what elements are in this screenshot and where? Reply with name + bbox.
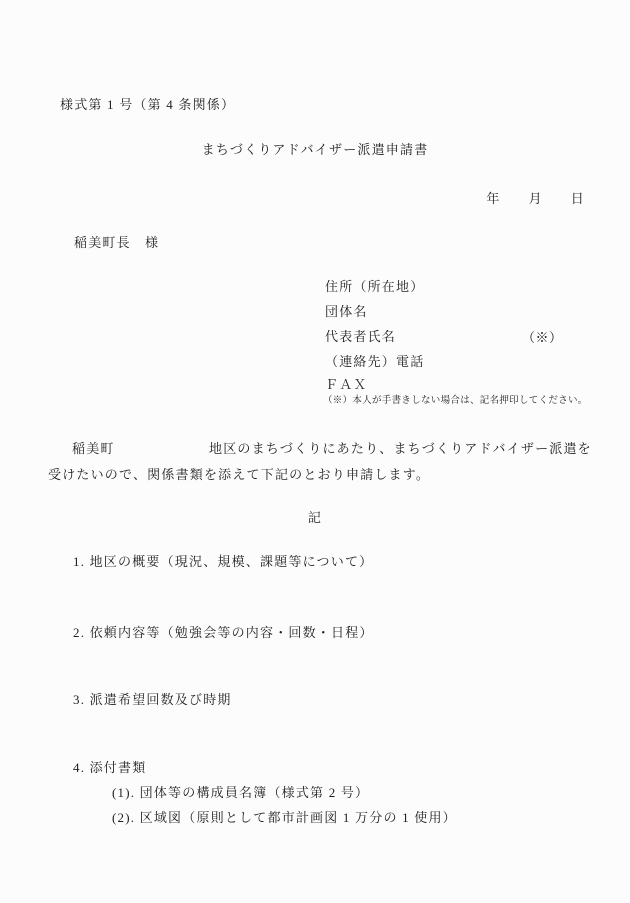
applicant-fax-label: ＦＡＸ: [325, 378, 368, 393]
applicant-phone-label: （連絡先）電話: [325, 355, 424, 370]
application-form-page: 様式第 1 号（第 4 条関係） まちづくりアドバイザー派遣申請書 年 月 日 …: [0, 0, 630, 903]
item-attachments: 4. 添付書類: [73, 761, 146, 776]
addressee: 稲美町長 様: [74, 236, 159, 251]
item-dispatch-count: 3. 派遣希望回数及び時期: [73, 693, 232, 708]
attachment-member-list: (1). 団体等の構成員名簿（様式第 2 号）: [112, 786, 369, 801]
body-town-prefix: 稲美町: [72, 442, 115, 457]
form-number: 様式第 1 号（第 4 条関係）: [60, 98, 235, 113]
item-request-details: 2. 依頼内容等（勉強会等の内容・回数・日程）: [73, 626, 374, 641]
document-title: まちづくりアドバイザー派遣申請書: [0, 143, 630, 158]
date-line: 年 月 日: [486, 188, 585, 207]
applicant-address-label: 住所（所在地）: [325, 280, 424, 295]
seal-required-mark: （※）: [522, 331, 563, 346]
date-day-label: 日: [571, 188, 585, 207]
body-line1: 地区のまちづくりにあたり、まちづくりアドバイザー派遣を: [209, 442, 592, 457]
applicant-representative-label: 代表者氏名: [325, 330, 396, 345]
attachment-area-map: (2). 区域図（原則として都市計画図 1 万分の 1 使用）: [112, 811, 457, 826]
record-heading: 記: [0, 511, 630, 526]
item-district-overview: 1. 地区の概要（現況、規模、課題等について）: [73, 555, 373, 570]
seal-note: （※）本人が手書きしない場合は、記名押印してください。: [323, 396, 588, 407]
date-month-label: 月: [529, 188, 543, 207]
applicant-group-name-label: 団体名: [325, 305, 368, 320]
date-year-label: 年: [486, 188, 500, 207]
body-line2: 受けたいので、関係書類を添えて下記のとおり申請します。: [48, 468, 430, 483]
